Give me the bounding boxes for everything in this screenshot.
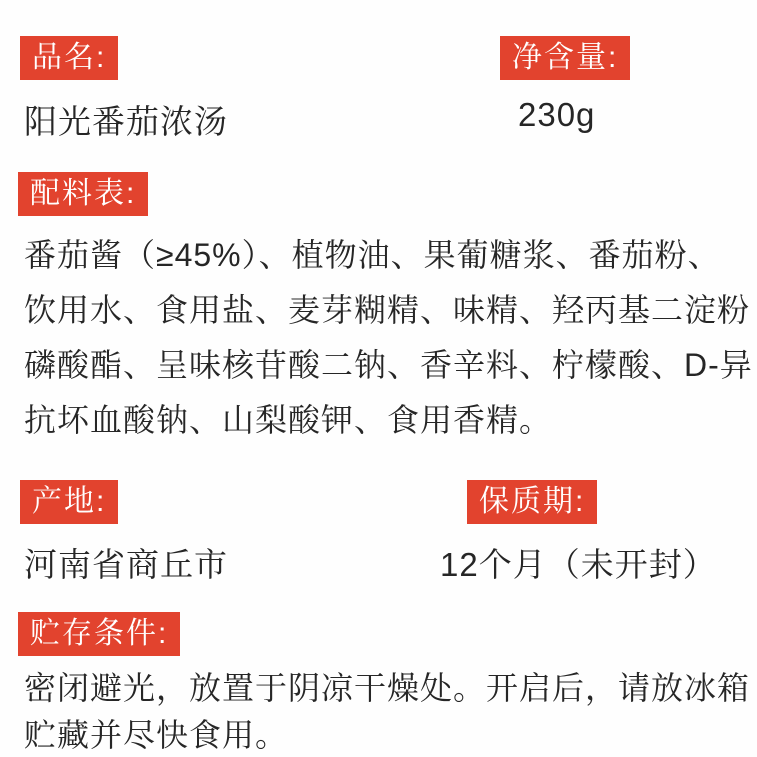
shelf-life-value: 12个月（未开封）: [440, 539, 717, 586]
ingredients-line: 饮用水、食用盐、麦芽糊精、味精、羟丙基二淀粉: [24, 283, 753, 338]
shelf-life-label-badge: 保质期:: [467, 480, 597, 524]
product-name-label-badge: 品名:: [20, 36, 118, 80]
storage-conditions-text: 密闭避光，放置于阴凉干燥处。开启后，请放冰箱 贮藏并尽快食用。: [24, 665, 750, 757]
ingredients-line: 磷酸酯、呈味核苷酸二钠、香辛料、柠檬酸、D-异: [24, 338, 753, 393]
net-weight-value: 230g: [518, 96, 595, 134]
net-weight-label-badge: 净含量:: [500, 36, 630, 80]
origin-value: 河南省商丘市: [24, 539, 228, 586]
ingredients-line: 抗坏血酸钠、山梨酸钾、食用香精。: [24, 393, 753, 448]
storage-line: 密闭避光，放置于阴凉干燥处。开启后，请放冰箱: [24, 665, 750, 712]
ingredients-text: 番茄酱（≥45%）、植物油、果葡糖浆、番茄粉、 饮用水、食用盐、麦芽糊精、味精、…: [24, 228, 753, 448]
origin-label-badge: 产地:: [20, 480, 118, 524]
storage-conditions-label-badge: 贮存条件:: [18, 612, 180, 656]
product-info-card: 品名: 阳光番茄浓汤 净含量: 230g 配料表: 番茄酱（≥45%）、植物油、…: [0, 0, 757, 757]
storage-line: 贮藏并尽快食用。: [24, 712, 750, 757]
ingredients-line: 番茄酱（≥45%）、植物油、果葡糖浆、番茄粉、: [24, 228, 753, 283]
product-name-value: 阳光番茄浓汤: [24, 96, 228, 143]
ingredients-label-badge: 配料表:: [18, 172, 148, 216]
